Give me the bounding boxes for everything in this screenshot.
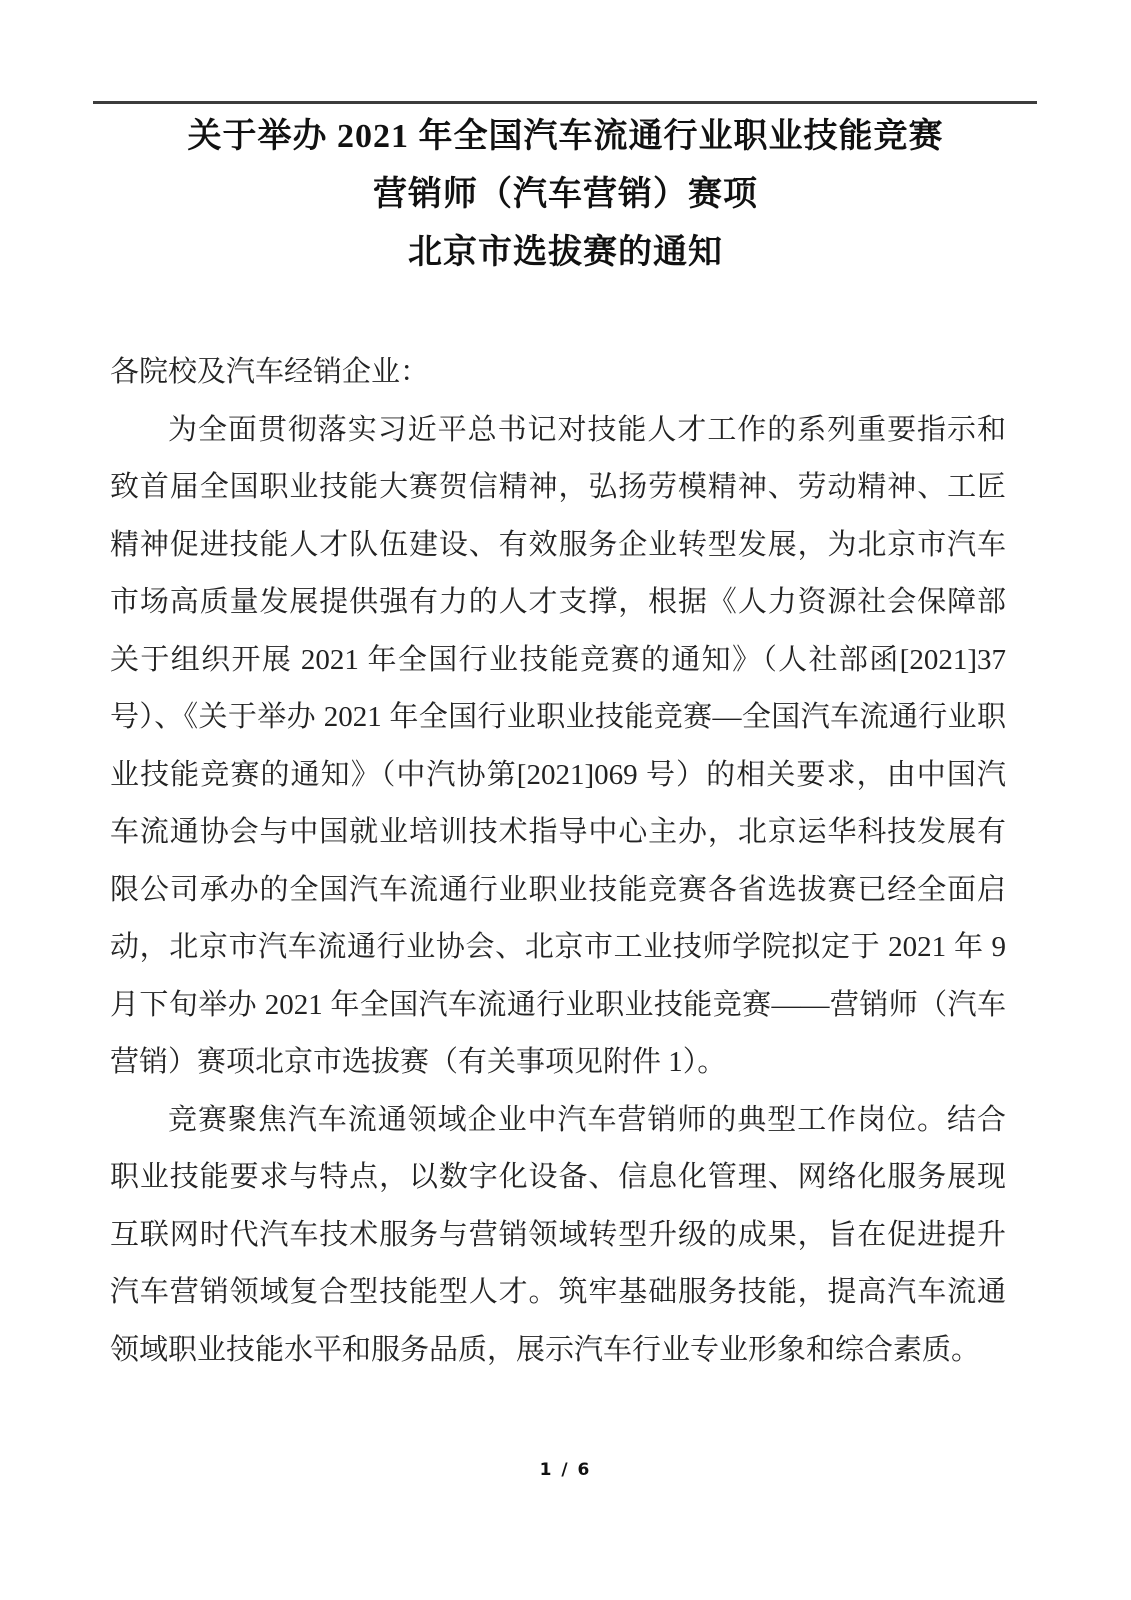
header-rule	[93, 101, 1037, 104]
document-page: 关于举办 2021 年全国汽车流通行业职业技能竞赛 营销师（汽车营销）赛项 北京…	[0, 0, 1131, 1600]
paragraph-1: 为全面贯彻落实习近平总书记对技能人才工作的系列重要指示和致首届全国职业技能大赛贺…	[110, 402, 1006, 1092]
title-line-3: 北京市选拔赛的通知	[0, 224, 1131, 282]
title-line-2: 营销师（汽车营销）赛项	[0, 166, 1131, 224]
page-number: 1 / 6	[0, 1460, 1131, 1480]
document-title: 关于举办 2021 年全国汽车流通行业职业技能竞赛 营销师（汽车营销）赛项 北京…	[0, 108, 1131, 282]
salutation: 各院校及汽车经销企业：	[110, 344, 1006, 402]
document-body: 各院校及汽车经销企业： 为全面贯彻落实习近平总书记对技能人才工作的系列重要指示和…	[110, 344, 1006, 1379]
title-line-1: 关于举办 2021 年全国汽车流通行业职业技能竞赛	[0, 108, 1131, 166]
paragraph-2: 竞赛聚焦汽车流通领域企业中汽车营销师的典型工作岗位。结合职业技能要求与特点，以数…	[110, 1092, 1006, 1380]
